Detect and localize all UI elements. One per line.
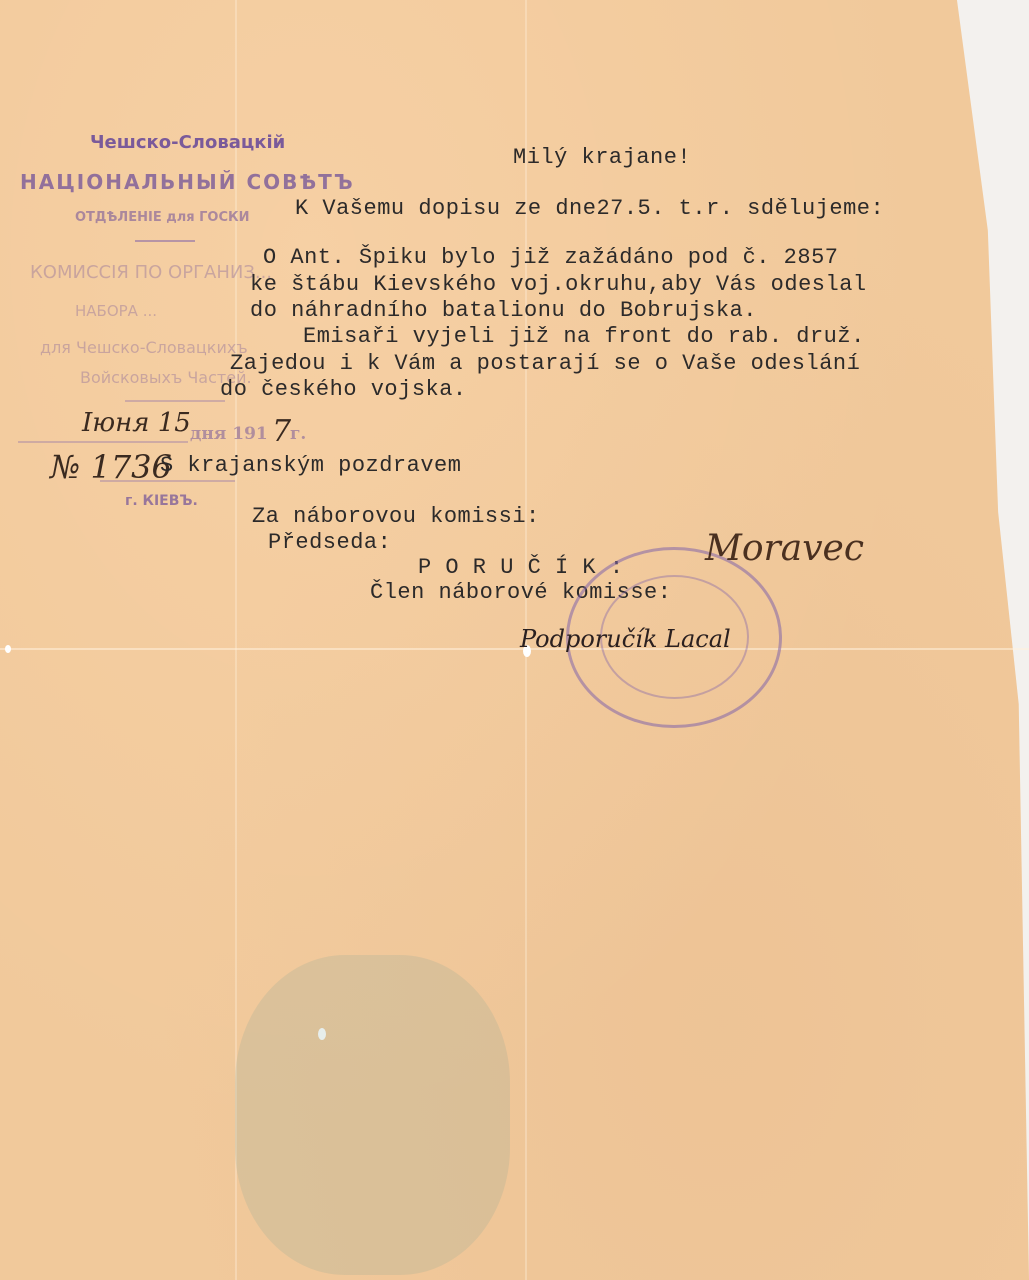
stamp-divider: [125, 400, 225, 402]
letter-para1-line2: ke štábu Kievského voj.okruhu,aby Vás od…: [250, 272, 867, 297]
letter-salutation: Milý krajane!: [513, 145, 691, 170]
letter-para2-line1: Emisaři vyjeli již na front do rab. druž…: [303, 324, 865, 349]
letter-para1-line1: O Ant. Špiku bylo již zažádáno pod č. 28…: [263, 245, 839, 270]
stamp-number-rule: [100, 480, 235, 482]
stamp-date-printed: дня 191: [190, 424, 268, 444]
letter-intro: K Vašemu dopisu ze dne27.5. t.r. sděluje…: [295, 196, 884, 221]
signature-block-line1: Za náborovou komissi:: [252, 504, 540, 529]
handwritten-year-digit: 7: [272, 414, 291, 449]
water-stain: [235, 955, 510, 1275]
stamp-org-line1: Чешско-Словацкій: [90, 132, 285, 153]
stamp-city: г. КІЕВЪ.: [125, 493, 198, 509]
letter-para2-line3: do českého vojska.: [220, 377, 467, 402]
stamp-org-line4: КОМИССІЯ ПО ОРГАНИЗ...: [30, 262, 272, 283]
letter-para1-line3: do náhradního batalionu do Bobrujska.: [250, 298, 757, 323]
signature-chairman: Moravec: [705, 528, 864, 569]
paper-fold-horizontal: [0, 648, 1029, 650]
letter-closing: S krajanským pozdravem: [160, 453, 461, 478]
letter-para2-line2: Zajedou i k Vám a postarají se o Vaše od…: [230, 351, 860, 376]
paper-hole: [5, 645, 11, 653]
signature-block-line2: Předseda:: [268, 530, 391, 555]
stamp-org-line5: НАБОРА ...: [75, 302, 157, 320]
stamp-org-line6: для Чешско-Словацкихъ: [40, 338, 248, 357]
handwritten-date: Іюня 15: [82, 408, 191, 438]
stamp-org-line2: НАЦІОНАЛЬНЫЙ СОВѢТЪ: [20, 170, 355, 194]
stamp-divider: [135, 240, 195, 242]
stamp-org-line3: ОТДѢЛЕНІЕ для ГОСКИ: [75, 210, 250, 225]
stamp-date-rule: [18, 441, 188, 443]
signature-member: Podporučík Lacal: [520, 625, 731, 653]
stamp-date-suffix: г.: [290, 424, 306, 444]
